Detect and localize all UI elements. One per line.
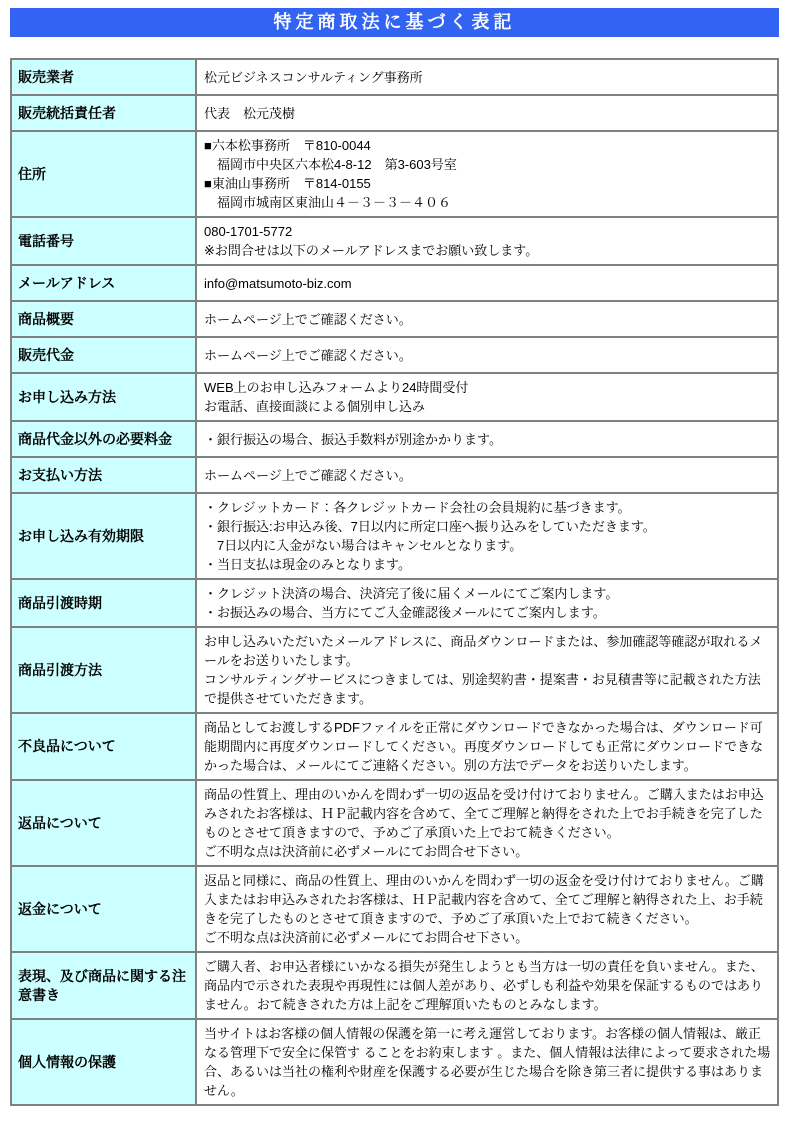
row-label: 電話番号: [11, 217, 196, 265]
value-line: ・当日支払は現金のみとなります。: [204, 555, 771, 574]
table-row: 住所 ■六本松事務所 〒810-0044 福岡市中央区六本松4-8-12 第3-…: [11, 131, 778, 217]
value-line: ご購入者、お申込者様にいかなる損失が発生しようとも当方は一切の責任を負いません。…: [204, 957, 771, 1014]
row-label: お申し込み有効期限: [11, 493, 196, 579]
table-row: 商品引渡方法 お申し込みいただいたメールアドレスに、商品ダウンロードまたは、参加…: [11, 627, 778, 713]
table-row: 個人情報の保護 当サイトはお客様の個人情報の保護を第一に考え運営しております。お…: [11, 1019, 778, 1105]
row-value: ■六本松事務所 〒810-0044 福岡市中央区六本松4-8-12 第3-603…: [196, 131, 778, 217]
value-line: ご不明な点は決済前に必ずメールにてお問合せ下さい。: [204, 928, 771, 947]
row-label: 商品引渡時期: [11, 579, 196, 627]
page-title: 特定商取法に基づく表記: [10, 8, 779, 37]
value-line: info@matsumoto-biz.com: [204, 274, 771, 293]
table-row: 販売代金 ホームページ上でご確認ください。: [11, 337, 778, 373]
value-line: WEB上のお申し込みフォームより24時間受付: [204, 378, 771, 397]
value-line: お申し込みいただいたメールアドレスに、商品ダウンロードまたは、参加確認等確認が取…: [204, 632, 771, 670]
row-value: WEB上のお申し込みフォームより24時間受付お電話、直接面談による個別申し込み: [196, 373, 778, 421]
value-line: 松元ビジネスコンサルティング事務所: [204, 68, 771, 87]
info-table-body: 販売業者 松元ビジネスコンサルティング事務所 販売統括責任者 代表 松元茂樹 住…: [11, 59, 778, 1105]
row-label: 表現、及び商品に関する注意書き: [11, 952, 196, 1019]
row-label: 個人情報の保護: [11, 1019, 196, 1105]
value-line: ■東油山事務所 〒814-0155: [204, 174, 771, 193]
value-line: ホームページ上でご確認ください。: [204, 466, 771, 485]
value-line: ホームページ上でご確認ください。: [204, 346, 771, 365]
row-value: ホームページ上でご確認ください。: [196, 337, 778, 373]
table-row: 返金について 返品と同様に、商品の性質上、理由のいかんを問わず一切の返金を受け付…: [11, 866, 778, 952]
row-label: 商品代金以外の必要料金: [11, 421, 196, 457]
row-value: 返品と同様に、商品の性質上、理由のいかんを問わず一切の返金を受け付けておりません…: [196, 866, 778, 952]
value-line: 当サイトはお客様の個人情報の保護を第一に考え運営しております。お客様の個人情報は…: [204, 1024, 771, 1100]
value-line: お電話、直接面談による個別申し込み: [204, 397, 771, 416]
value-line: ご不明な点は決済前に必ずメールにてお問合せ下さい。: [204, 842, 771, 861]
table-row: お申し込み有効期限 ・クレジットカード：各クレジットカード会社の会員規約に基づき…: [11, 493, 778, 579]
row-value: 代表 松元茂樹: [196, 95, 778, 131]
value-line: 福岡市城南区東油山４－３－３－４０６: [204, 193, 771, 212]
row-label: 販売業者: [11, 59, 196, 95]
row-label: 返金について: [11, 866, 196, 952]
row-value: 当サイトはお客様の個人情報の保護を第一に考え運営しております。お客様の個人情報は…: [196, 1019, 778, 1105]
table-row: 販売業者 松元ビジネスコンサルティング事務所: [11, 59, 778, 95]
value-line: 7日以内に入金がない場合はキャンセルとなります。: [204, 536, 771, 555]
value-line: ・銀行振込:お申込み後、7日以内に所定口座へ振り込みをしていただきます。: [204, 517, 771, 536]
value-line: 商品の性質上、理由のいかんを問わず一切の返品を受け付けておりません。ご購入または…: [204, 785, 771, 842]
row-label: お申し込み方法: [11, 373, 196, 421]
table-row: 商品引渡時期 ・クレジット決済の場合、決済完了後に届くメールにてご案内します。・…: [11, 579, 778, 627]
row-value: info@matsumoto-biz.com: [196, 265, 778, 301]
row-label: 商品概要: [11, 301, 196, 337]
value-line: ■六本松事務所 〒810-0044: [204, 136, 771, 155]
row-label: 販売代金: [11, 337, 196, 373]
table-row: 商品代金以外の必要料金 ・銀行振込の場合、振込手数料が別途かかります。: [11, 421, 778, 457]
row-value: ホームページ上でご確認ください。: [196, 301, 778, 337]
row-label: お支払い方法: [11, 457, 196, 493]
value-line: 080-1701-5772: [204, 222, 771, 241]
info-table: 販売業者 松元ビジネスコンサルティング事務所 販売統括責任者 代表 松元茂樹 住…: [10, 58, 779, 1106]
table-row: お支払い方法 ホームページ上でご確認ください。: [11, 457, 778, 493]
row-value: ・銀行振込の場合、振込手数料が別途かかります。: [196, 421, 778, 457]
row-value: ・クレジット決済の場合、決済完了後に届くメールにてご案内します。・お振込みの場合…: [196, 579, 778, 627]
table-row: メールアドレス info@matsumoto-biz.com: [11, 265, 778, 301]
value-line: 返品と同様に、商品の性質上、理由のいかんを問わず一切の返金を受け付けておりません…: [204, 871, 771, 928]
row-label: 返品について: [11, 780, 196, 866]
table-row: 表現、及び商品に関する注意書き ご購入者、お申込者様にいかなる損失が発生しようと…: [11, 952, 778, 1019]
row-value: 松元ビジネスコンサルティング事務所: [196, 59, 778, 95]
value-line: ・銀行振込の場合、振込手数料が別途かかります。: [204, 430, 771, 449]
row-label: 住所: [11, 131, 196, 217]
table-row: 不良品について 商品としてお渡しするPDFファイルを正常にダウンロードできなかっ…: [11, 713, 778, 780]
row-label: 商品引渡方法: [11, 627, 196, 713]
value-line: ・クレジット決済の場合、決済完了後に届くメールにてご案内します。: [204, 584, 771, 603]
value-line: ホームページ上でご確認ください。: [204, 310, 771, 329]
row-value: ホームページ上でご確認ください。: [196, 457, 778, 493]
row-label: 不良品について: [11, 713, 196, 780]
value-line: 商品としてお渡しするPDFファイルを正常にダウンロードできなかった場合は、ダウン…: [204, 718, 771, 775]
value-line: 福岡市中央区六本松4-8-12 第3-603号室: [204, 155, 771, 174]
page: 特定商取法に基づく表記 販売業者 松元ビジネスコンサルティング事務所 販売統括責…: [0, 0, 789, 1112]
row-value: お申し込みいただいたメールアドレスに、商品ダウンロードまたは、参加確認等確認が取…: [196, 627, 778, 713]
row-label: メールアドレス: [11, 265, 196, 301]
row-label: 販売統括責任者: [11, 95, 196, 131]
table-row: 返品について 商品の性質上、理由のいかんを問わず一切の返品を受け付けておりません…: [11, 780, 778, 866]
row-value: ・クレジットカード：各クレジットカード会社の会員規約に基づきます。・銀行振込:お…: [196, 493, 778, 579]
table-row: 電話番号 080-1701-5772※お問合せは以下のメールアドレスまでお願い致…: [11, 217, 778, 265]
table-row: お申し込み方法 WEB上のお申し込みフォームより24時間受付お電話、直接面談によ…: [11, 373, 778, 421]
table-row: 販売統括責任者 代表 松元茂樹: [11, 95, 778, 131]
row-value: 商品の性質上、理由のいかんを問わず一切の返品を受け付けておりません。ご購入または…: [196, 780, 778, 866]
table-row: 商品概要 ホームページ上でご確認ください。: [11, 301, 778, 337]
value-line: ・クレジットカード：各クレジットカード会社の会員規約に基づきます。: [204, 498, 771, 517]
value-line: 代表 松元茂樹: [204, 104, 771, 123]
value-line: ※お問合せは以下のメールアドレスまでお願い致します。: [204, 241, 771, 260]
row-value: 080-1701-5772※お問合せは以下のメールアドレスまでお願い致します。: [196, 217, 778, 265]
value-line: ・お振込みの場合、当方にてご入金確認後メールにてご案内します。: [204, 603, 771, 622]
row-value: 商品としてお渡しするPDFファイルを正常にダウンロードできなかった場合は、ダウン…: [196, 713, 778, 780]
value-line: コンサルティングサービスにつきましては、別途契約書・提案書・お見積書等に記載され…: [204, 670, 771, 708]
row-value: ご購入者、お申込者様にいかなる損失が発生しようとも当方は一切の責任を負いません。…: [196, 952, 778, 1019]
